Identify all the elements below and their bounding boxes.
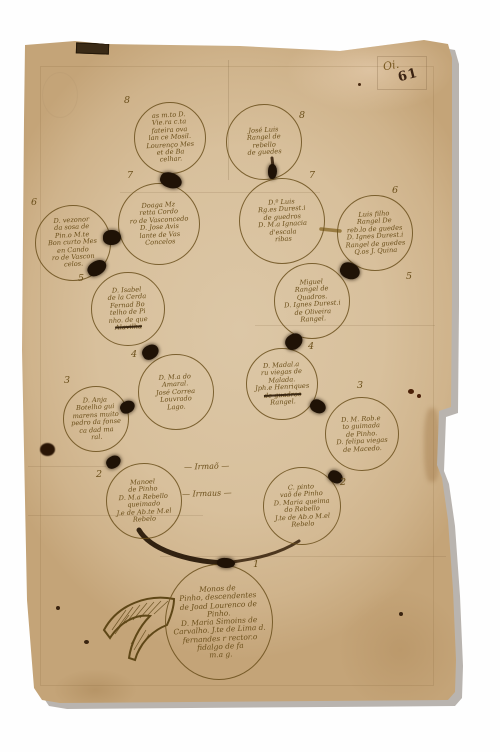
degree-number: 3 <box>357 380 363 391</box>
circle-text-line: ribas <box>258 234 307 244</box>
degree-number: 5 <box>406 271 412 282</box>
genealogy-circle-deg2-left: Manoelde PinhoD. M.a RebelloqueimadoJ.e … <box>106 463 182 539</box>
degree-number: 3 <box>64 375 70 386</box>
degree-number: 8 <box>124 95 130 106</box>
genealogy-circle-deg8-right: José LuisRangel derebellode guedes <box>226 104 302 180</box>
degree-number: 7 <box>127 170 133 181</box>
circle-text-line: Alavilha <box>109 323 148 332</box>
genealogy-circle-deg8-left: as m.to D.Vie.ra c.tafateira ovalan ce M… <box>134 102 206 174</box>
degree-number: 6 <box>392 185 398 196</box>
degree-number: 5 <box>78 273 84 284</box>
degree-number: 6 <box>31 197 37 208</box>
genealogy-circle-deg1-root: Monos dePinho, descendentesde Joad Loure… <box>165 564 273 680</box>
degree-number: 8 <box>299 110 305 121</box>
circle-text-line: celhar. <box>147 155 195 165</box>
degree-number: 2 <box>96 469 102 480</box>
degree-number: 7 <box>309 170 315 181</box>
horn-icon <box>104 598 174 660</box>
genealogy-circle-deg4-left: D. M.a doAmaral.José CorreaLouvradoLago. <box>138 354 214 430</box>
siblings-note: — Irmaõ — <box>184 461 230 472</box>
genealogy-circle-deg3-right: D. M. Rob.eto guimadade Pinho.D. felipa … <box>325 397 399 471</box>
genealogy-circle-deg7-left: Doaga Mzretta Cordoro de VasconcedoD. Jo… <box>118 183 200 265</box>
degree-number: 2 <box>340 477 346 488</box>
genealogy-circle-deg6-right: Luis filhoRangel Dereb.lo de guedesD. Ig… <box>337 195 413 271</box>
siblings-note: — Irmaus — <box>182 488 232 499</box>
circle-text-line: de Macedo. <box>337 444 389 454</box>
circle-text-line: de guedes <box>247 148 281 157</box>
circle-text-line: Q.os J. Quina <box>346 246 406 256</box>
scanned-manuscript-page: as m.to D.Vie.ra c.tafateira ovalan ce M… <box>0 0 500 752</box>
genealogy-circle-deg7-right: D.º LuisRg.es Durest.ide guedrosD. M.a I… <box>239 178 325 264</box>
degree-number: 4 <box>131 349 137 360</box>
genealogy-circle-deg4-right: D. Madal.aru viegas deMalada.Jph.e Henri… <box>246 348 318 420</box>
genealogy-circle-deg5-left: D. Isabelde la CerdaFernad Botelho de Pi… <box>91 272 165 346</box>
genealogy-circle-deg5-right: MiguelRangel deQuadros.D. Ignes Durest.i… <box>274 263 350 339</box>
genealogy-circle-deg3-left: D. AnjaBotelho guimarens muitopedro da f… <box>63 386 129 452</box>
degree-number: 4 <box>308 341 314 352</box>
degree-number: 1 <box>253 559 259 570</box>
